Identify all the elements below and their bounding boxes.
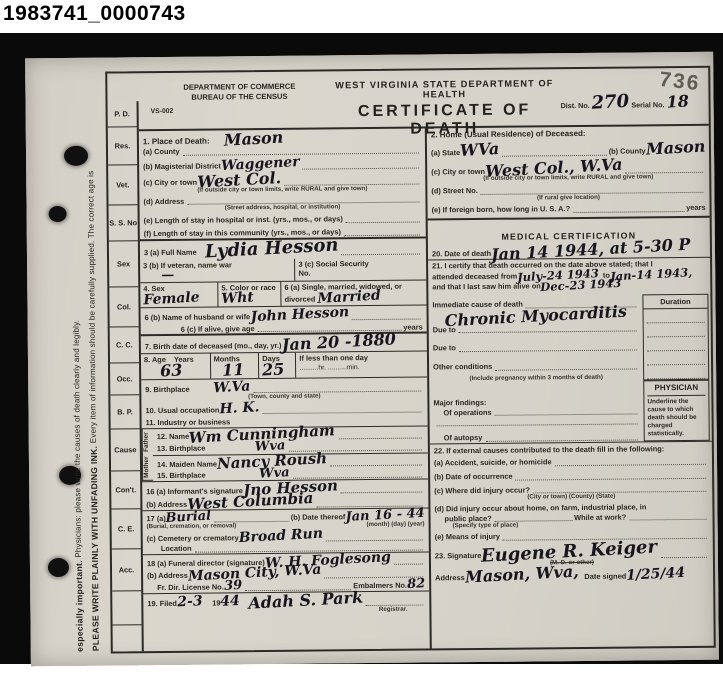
- form-main: DEPARTMENT OF COMMERCE BUREAU OF THE CEN…: [138, 68, 714, 651]
- side-label-ce: C. E.: [111, 509, 140, 549]
- age-less-cell: If less than one day ..........hr. .....…: [295, 351, 427, 378]
- where-label: (c) Where did injury occur?: [434, 485, 530, 496]
- side-label-ssno: S. S. No: [109, 205, 138, 241]
- punch-hole: [64, 146, 88, 166]
- certification-statement: 21. I certify that death occurred on the…: [428, 257, 710, 292]
- dotted-line: [459, 331, 637, 334]
- margin-instruction-line-1: PLEASE WRITE PLAINLY WITH UNFADING INK. …: [86, 171, 101, 652]
- occupation-label: 10. Usual occupation: [145, 406, 219, 416]
- full-name-value: Lydia Hesson: [204, 237, 338, 260]
- ssn-label-1: 3 (c) Social Security: [298, 259, 368, 269]
- margin-instruction-rest-2: Physicians: please write the causes of d…: [72, 320, 83, 560]
- filed-label: 19. Filed: [147, 599, 177, 609]
- sex-value: Female: [143, 292, 200, 308]
- burial-date-value: Jan 16 - 44: [345, 508, 425, 524]
- means-of-injury-label: (e) Means of injury: [435, 532, 500, 542]
- place-stay-hospital-label: (e) Length of stay in hospital or inst. …: [144, 215, 343, 227]
- findings-section: Major findings: Of operations Of autopsy…: [429, 380, 712, 443]
- mother-bp-label: 15. Birthplace: [157, 471, 206, 481]
- certify-alive-date: Dec-23 1943: [541, 278, 623, 293]
- informant-addr-label: (b) Address: [146, 500, 187, 510]
- age-months-value: 11: [221, 362, 244, 378]
- margin-instruction-bold-2: especially important.: [74, 560, 85, 652]
- spouse-label: 6 (b) Name of husband or wife: [145, 312, 251, 323]
- dotted-line: [341, 253, 420, 255]
- agency-line-2: BUREAU OF THE CENSUS: [191, 92, 287, 102]
- home-foreign-label: (e) If foreign born, how long in U. S. A…: [432, 205, 571, 216]
- side-label-pd: P. D.: [108, 101, 137, 127]
- certificate-title-block: WEST VIRGINIA STATE DEPARTMENT OF HEALTH…: [328, 69, 561, 139]
- duration-line: [647, 309, 705, 324]
- certify-from-label: attended deceased from: [432, 271, 517, 281]
- certificate-form: P. D. Res. Vet. S. S. No Sex Col. C. C. …: [105, 66, 716, 654]
- section-home: 2. Home (Usual Residence) of Deceased: (…: [427, 126, 710, 216]
- date-signed-value: 1/25/44: [626, 566, 686, 582]
- place-city-value: West Col.: [197, 171, 282, 190]
- age-days-cell: Days 25: [258, 352, 295, 378]
- while-at-work-label: While at work?: [574, 512, 626, 522]
- physician-address-label: Address: [435, 573, 465, 583]
- side-label-cc: C. C.: [110, 327, 139, 363]
- external-causes-section: 22. If external causes contributed to th…: [430, 442, 713, 543]
- side-label-cont: Con't.: [111, 471, 140, 509]
- form-body: 1. Place of Death: Mason (a) County (b) …: [139, 126, 714, 651]
- major-findings-label: Major findings:: [433, 398, 486, 408]
- age-hr-min: ..........hr. ..........min.: [299, 364, 359, 372]
- burial-type-value: Burial: [166, 511, 212, 525]
- section-informant: 16 (a) Informant's signature Jno Hesson …: [142, 479, 428, 510]
- father-side-label: Father: [142, 429, 153, 455]
- duration-line: [647, 365, 705, 380]
- duration-line: [647, 337, 705, 352]
- place-address-label: (d) Address: [143, 197, 184, 207]
- age-months-cell: Months 11: [210, 353, 259, 379]
- dotted-line: [437, 424, 638, 427]
- state-department-title: WEST VIRGINIA STATE DEPARTMENT OF HEALTH: [328, 78, 560, 100]
- scanned-page: 1983741_0000743 PLEASE WRITE PLAINLY WIT…: [0, 0, 723, 675]
- section-birth-age: 7. Birth date of deceased (mo., day, yr.…: [141, 334, 428, 428]
- dotted-line: [262, 411, 421, 414]
- veteran-value: —: [161, 268, 174, 283]
- cemetery-label: (c) Cemetery or crematory: [147, 534, 239, 545]
- age-min-label: min.: [347, 364, 360, 371]
- physician-address-value: Mason, Wva,: [464, 564, 578, 584]
- home-state-value: WVa: [460, 142, 500, 158]
- side-label-res: Res.: [108, 127, 137, 165]
- burial-date-label: (b) Date thereof: [291, 512, 346, 522]
- age-hr-label: hr.: [318, 364, 326, 371]
- serial-no-value: 18: [666, 94, 689, 110]
- place-heading: 1. Place of Death:: [143, 137, 210, 148]
- section-divider: [428, 216, 710, 221]
- color-cell: 5. Color or race Wht: [217, 282, 280, 306]
- section-funeral-director: 18 (a) Funeral director (signature) W. H…: [143, 552, 429, 593]
- injury-note: (Specify type of place): [431, 521, 713, 531]
- spouse-age-suffix: years: [403, 322, 422, 332]
- side-label-sex: Sex: [109, 241, 138, 287]
- occupation-value: H. K.: [219, 402, 260, 417]
- scanner-background: PLEASE WRITE PLAINLY WITH UNFADING INK. …: [0, 33, 723, 664]
- side-label-occ: Occ.: [110, 363, 139, 395]
- physician-signature-section: 23. Signature Eugene R. Keiger (M. D. or…: [431, 540, 713, 583]
- death-certificate-paper: PLEASE WRITE PLAINLY WITH UNFADING INK. …: [25, 52, 719, 667]
- license-value: 39: [223, 580, 242, 593]
- side-label-col: Col.: [109, 287, 138, 327]
- margin-instruction-line-2: especially important. Physicians: please…: [72, 320, 85, 652]
- mother-name-label: 14. Maiden Name: [157, 459, 217, 469]
- age-less-label: If less than one day: [299, 353, 368, 363]
- place-county-label: (a) County: [143, 147, 180, 157]
- place-city-label: (c) City or town: [143, 178, 197, 188]
- section-personal: 3 (a) Full Name Lydia Hesson 3 (b) If ve…: [140, 238, 427, 334]
- section-parents: Father Mother 12. Name Wm Cunningham 13.…: [142, 426, 428, 481]
- right-column: 2. Home (Usual Residence) of Deceased: (…: [427, 126, 714, 649]
- form-header: DEPARTMENT OF COMMERCE BUREAU OF THE CEN…: [138, 68, 709, 131]
- physician-note: Underline the cause to which death shoul…: [647, 398, 705, 439]
- place-county-value: Mason: [223, 131, 283, 149]
- side-label-blank: [112, 591, 141, 625]
- birthplace-value: W.Va: [213, 380, 251, 395]
- home-foreign-suffix: years: [686, 203, 705, 213]
- physician-label: PHYSICIAN: [647, 383, 705, 396]
- dotted-line: [516, 477, 707, 480]
- dotted-line: [183, 153, 419, 156]
- home-state-label: (a) State: [431, 148, 460, 158]
- dotted-line: [302, 167, 419, 169]
- sex-cell: 4. Sex Female: [140, 283, 217, 307]
- filed-year-value: 44: [220, 595, 240, 609]
- certificate-title: CERTIFICATE OF DEATH: [329, 101, 561, 139]
- age-days-value: 25: [262, 362, 285, 378]
- cause-section: Immediate cause of death Chronic Myocard…: [428, 293, 711, 382]
- registrar-label: Registrar.: [379, 607, 408, 614]
- section-place-of-death: 1. Place of Death: Mason (a) County (b) …: [139, 128, 426, 238]
- margin-instruction-bold-1: PLEASE WRITE PLAINLY WITH UNFADING INK.: [89, 446, 101, 652]
- color-value: Wht: [221, 292, 254, 306]
- veteran-cell: 3 (b) If veteran, name war —: [140, 258, 295, 282]
- home-city-label: (c) City or town: [431, 166, 485, 176]
- place-district-label: (b) Magisterial District: [143, 161, 221, 171]
- duration-line: [647, 351, 705, 366]
- filed-date-value: 2-3: [177, 595, 203, 609]
- duration-line: [647, 323, 705, 338]
- side-label-bp: B. P.: [110, 395, 139, 429]
- age-years-value: 63: [160, 363, 183, 379]
- dotted-line: [555, 464, 706, 466]
- duration-box: Duration: [642, 294, 709, 381]
- marital-cell: 6 (a) Single, married, widowed, or divor…: [280, 281, 426, 306]
- birthplace-label: 9. Birthplace: [145, 385, 189, 395]
- image-id-label: 1983741_0000743: [3, 2, 186, 26]
- signature-label: 23. Signature: [435, 551, 482, 561]
- district-serial-block: 736 Dist. No. 270 Serial No. 18: [560, 68, 708, 112]
- duration-label: Duration: [643, 295, 707, 310]
- date-signed-label: Date signed: [584, 571, 626, 581]
- home-street-label: (d) Street No.: [431, 186, 477, 196]
- other-conditions-label: Other conditions: [433, 362, 492, 372]
- father-name-label: 12. Name: [157, 432, 190, 442]
- punch-hole: [49, 206, 67, 222]
- certify-to-date: Jan-14 1943,: [610, 267, 692, 282]
- left-column: 1. Place of Death: Mason (a) County (b) …: [139, 128, 432, 651]
- side-label-cause: Cause: [111, 429, 140, 471]
- spouse-value: John Hesson: [250, 306, 349, 324]
- physician-box: PHYSICIAN Underline the cause to which d…: [643, 380, 710, 441]
- side-label-acc: Acc.: [112, 549, 141, 591]
- form-number: VS-002: [151, 105, 329, 116]
- burial-location-label: Location: [161, 544, 192, 554]
- embalmer-value: 82: [407, 578, 426, 591]
- side-label-blank: [113, 625, 142, 639]
- home-county-value: Mason: [645, 140, 705, 158]
- agency-line-1: DEPARTMENT OF COMMERCE: [183, 82, 295, 92]
- side-label-vet: Vet.: [108, 165, 137, 205]
- serial-no-label: Serial No.: [631, 100, 664, 109]
- agency-block: DEPARTMENT OF COMMERCE BUREAU OF THE CEN…: [138, 71, 328, 115]
- due-to-label-2: Due to: [433, 344, 456, 354]
- dotted-line: [495, 414, 638, 416]
- dotted-line: [495, 368, 637, 370]
- death-date-label: 20. Date of death: [432, 249, 491, 259]
- accident-label: (a) Accident, suicide, or homicide: [434, 458, 552, 469]
- punch-hole: [48, 558, 69, 577]
- birthdate-label: 7. Birth date of deceased (mo., day, yr.…: [145, 341, 282, 352]
- dotted-line: [352, 318, 421, 320]
- dotted-line: [346, 221, 420, 223]
- dist-no-label: Dist. No.: [561, 101, 590, 110]
- dist-no-value: 270: [591, 94, 629, 112]
- full-name-label: 3 (a) Full Name: [144, 248, 197, 258]
- mother-side-label: Mother: [142, 454, 153, 481]
- dotted-line: [459, 349, 637, 352]
- dotted-line: [573, 211, 684, 213]
- section-burial: 17 (a) Burial (b) Date thereof Jan 16 - …: [142, 508, 428, 553]
- margin-instruction-rest-1: Every item of information should be care…: [86, 171, 98, 446]
- operations-label: Of operations: [443, 407, 491, 417]
- ssn-cell: 3 (c) Social Security No.: [294, 257, 426, 281]
- section-filed: 19. Filed 2-3 1944 Adah S. Park Registra…: [143, 591, 429, 616]
- external-heading: 22. If external causes contributed to th…: [434, 444, 664, 456]
- occurrence-label: (b) Date of occurrence: [434, 472, 513, 482]
- ssn-label-2: No.: [299, 268, 311, 277]
- age-years-cell: 8. Age Years 63: [141, 353, 210, 379]
- autopsy-label: Of autopsy: [444, 433, 483, 443]
- funeral-addr-label: (b) Address: [147, 571, 188, 581]
